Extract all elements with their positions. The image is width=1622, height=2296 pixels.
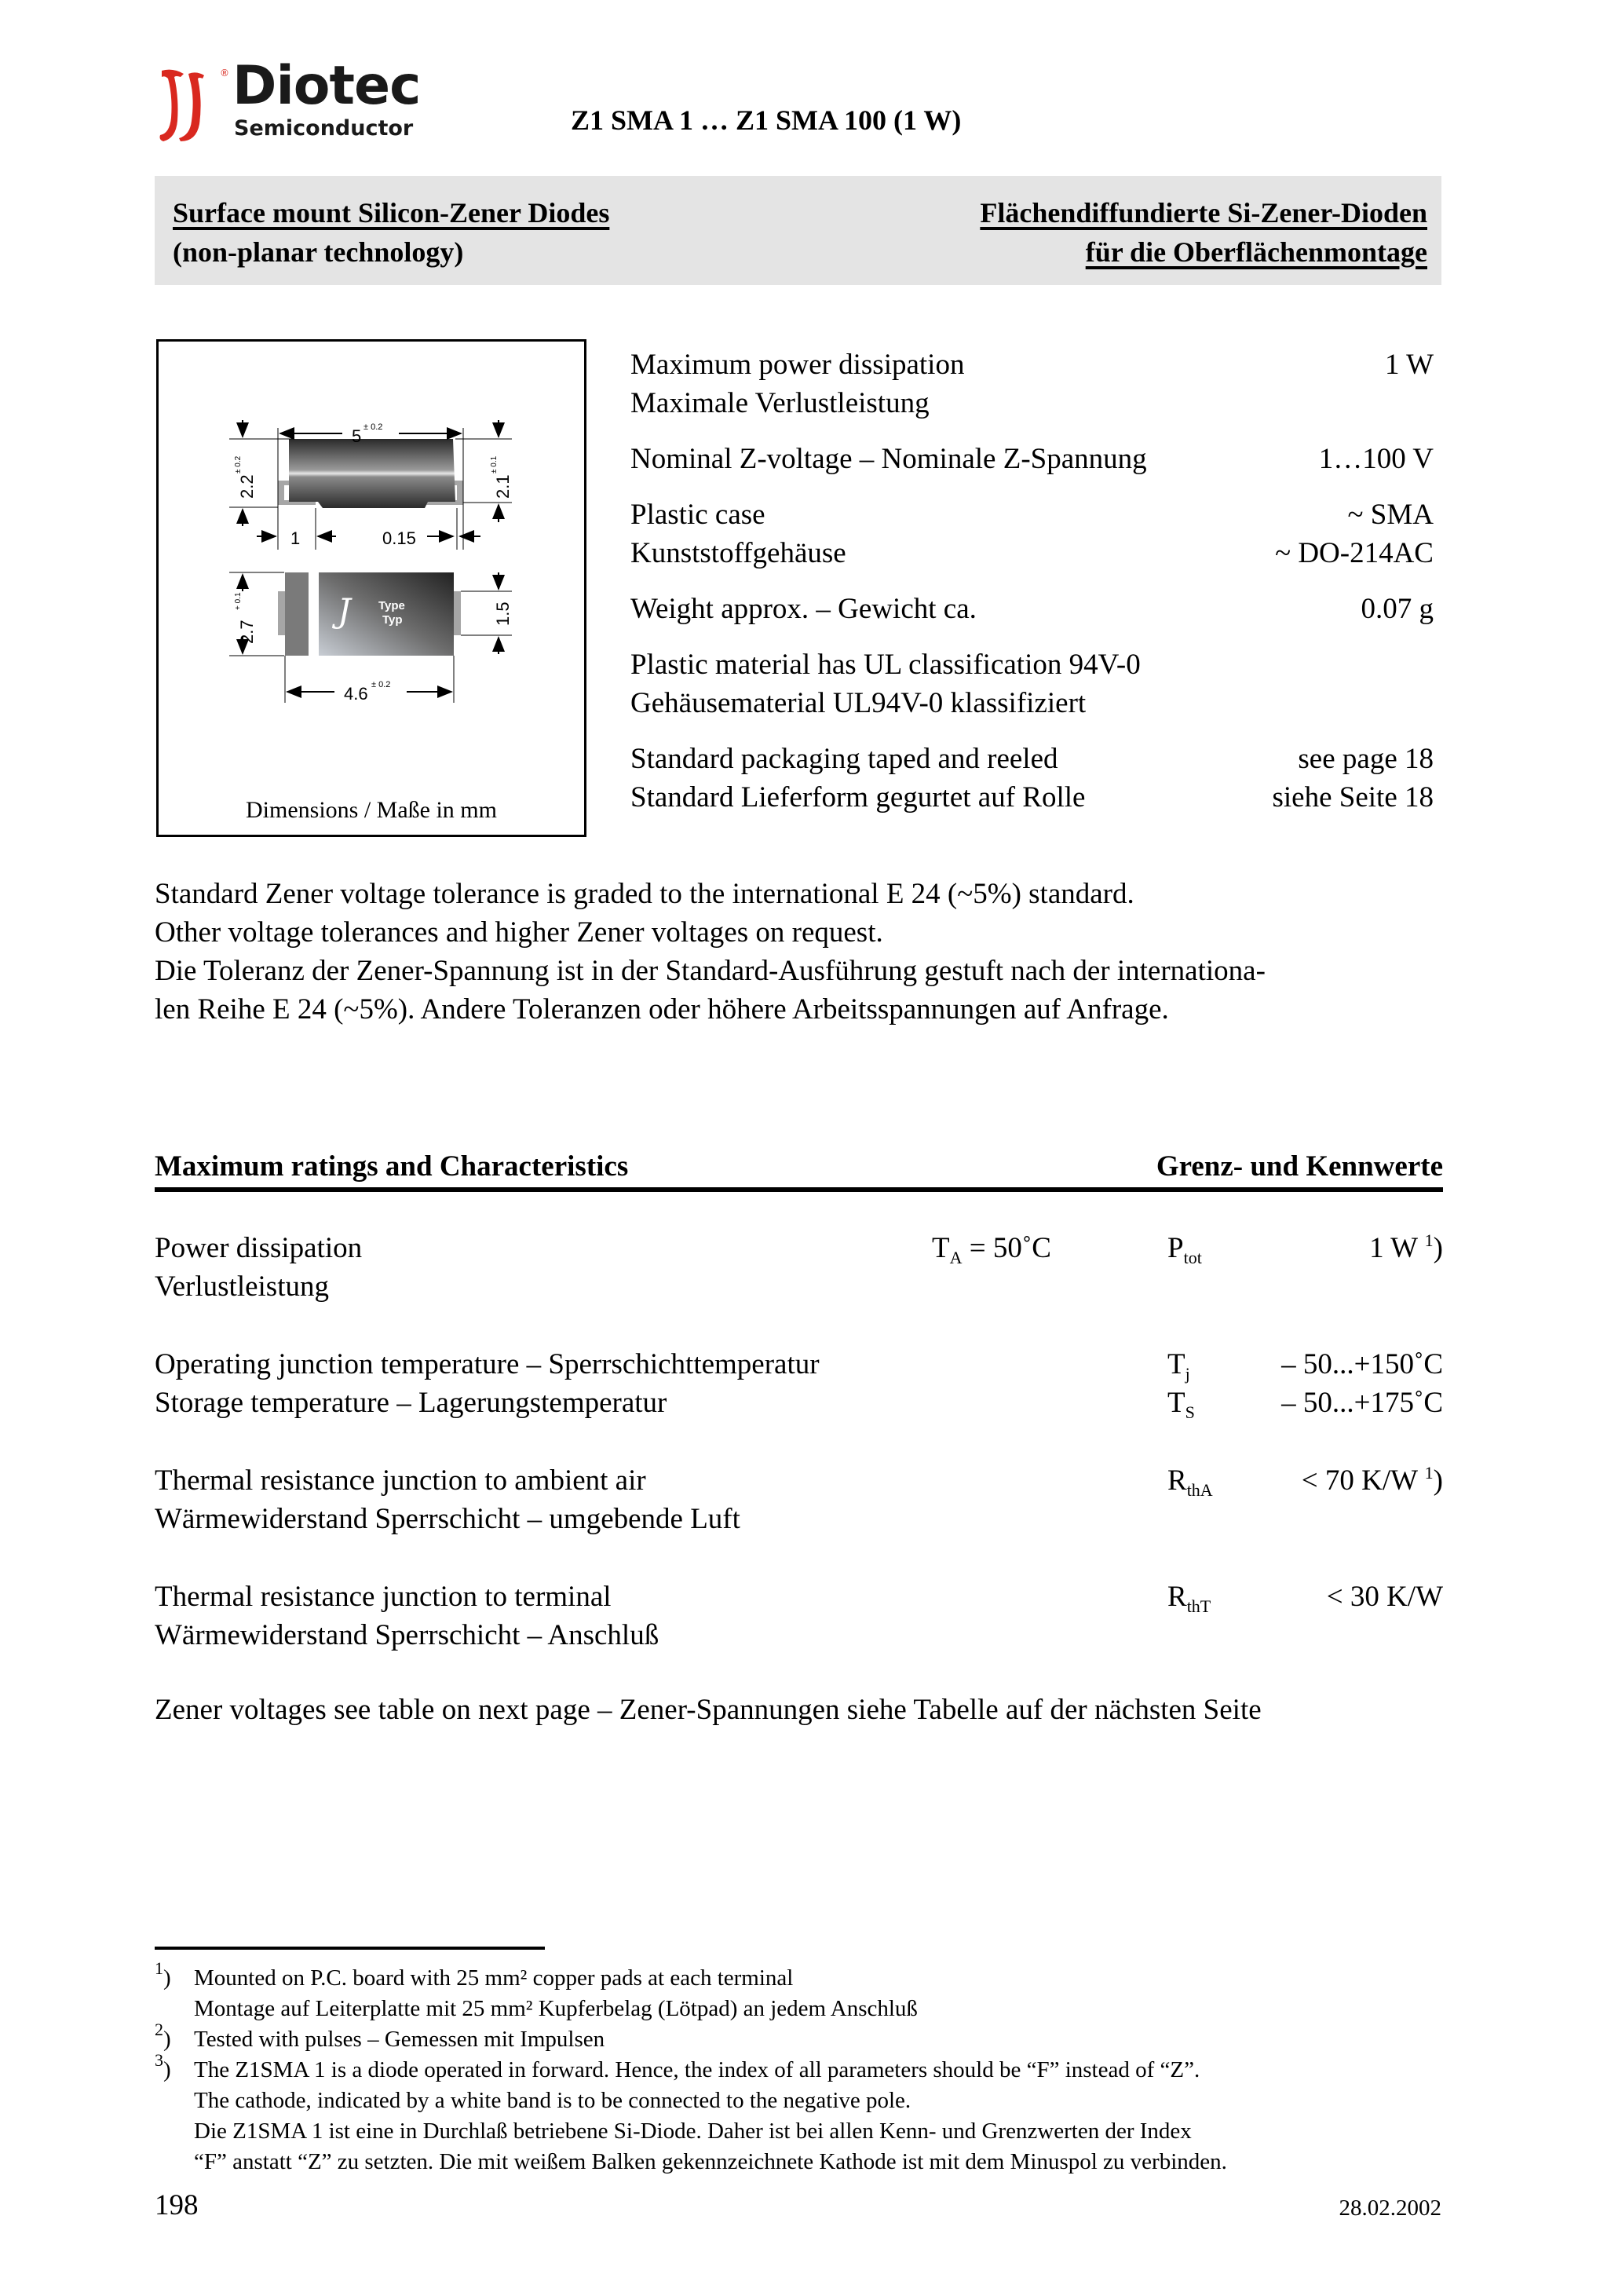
footnote-line: The cathode, indicated by a white band i… [194, 2086, 1227, 2116]
rating-row: Operating junction temperature – Sperrsc… [155, 1345, 1443, 1384]
rating-row: Storage temperature – Lagerungstemperatu… [155, 1384, 1443, 1422]
rating-value: – 50...+175˚C [1281, 1384, 1443, 1422]
dim-length: 5 [352, 426, 361, 446]
product-description-band: Surface mount Silicon-Zener Diodes (non-… [155, 176, 1441, 285]
footnote-mark: 1) [155, 1963, 194, 2024]
rating-value: < 30 K/W [1327, 1578, 1443, 1616]
spec-item: Maximum power dissipation1 WMaximale Ver… [630, 345, 1434, 422]
diotec-logo: ® Diotec Semiconductor [157, 66, 440, 144]
spec-value: 1…100 V [1319, 440, 1434, 478]
paragraph-line: Standard Zener voltage tolerance is grad… [155, 875, 1458, 913]
diotec-logo-icon [157, 66, 220, 144]
rating-label-german: Verlustleistung [155, 1267, 1443, 1306]
footnote-line: Mounted on P.C. board with 25 mm² copper… [194, 1963, 918, 1994]
spec-value: ~ SMA [1348, 495, 1434, 534]
footnote: 3)The Z1SMA 1 is a diode operated in for… [155, 2055, 1458, 2177]
document-title: Z1 SMA 1 … Z1 SMA 100 (1 W) [571, 104, 961, 137]
footnote-divider [155, 1947, 545, 1950]
package-outline-diagram: 5 ± 0.2 2.2 ± 0.2 2.1 ± 0.1 1 0.15 J Typ… [159, 342, 584, 835]
spec-item: Plastic case~ SMAKunststoffgehäuse~ DO-2… [630, 495, 1434, 572]
rating-symbol: TS [1167, 1384, 1195, 1422]
zener-voltage-note: Zener voltages see table on next page – … [155, 1693, 1262, 1727]
rating-symbol: RthT [1167, 1578, 1211, 1616]
paragraph-line: Die Toleranz der Zener-Spannung ist in d… [155, 952, 1458, 990]
spec-item: Weight approx. – Gewicht ca.0.07 g [630, 590, 1434, 628]
description-english-line: (non-planar technology) [173, 232, 463, 272]
footnote: 1)Mounted on P.C. board with 25 mm² copp… [155, 1963, 1458, 2024]
brand-name: Diotec [232, 60, 420, 113]
dim-length-tol: ± 0.2 [363, 422, 382, 432]
dim-body-length: 4.6 [344, 684, 368, 704]
rating-label: Operating junction temperature – Sperrsc… [155, 1345, 1443, 1384]
spec-row: Nominal Z-voltage – Nominale Z-Spannung1… [630, 440, 1434, 478]
paragraph-line: len Reihe E 24 (~5%). Andere Toleranzen … [155, 990, 1458, 1029]
spec-label: Standard packaging taped and reeled [630, 740, 1058, 778]
spec-row: Gehäusematerial UL94V-0 klassifiziert [630, 684, 1434, 722]
rating-label: Thermal resistance junction to ambient a… [155, 1461, 1443, 1500]
spec-row: Weight approx. – Gewicht ca.0.07 g [630, 590, 1434, 628]
spec-item: Nominal Z-voltage – Nominale Z-Spannung1… [630, 440, 1434, 478]
rating-value: 1 W 1) [1369, 1229, 1443, 1267]
description-english-line: Surface mount Silicon-Zener Diodes [173, 193, 609, 232]
rating-symbol: Tj [1167, 1345, 1190, 1384]
ratings-section-header: Maximum ratings and Characteristics Gren… [155, 1150, 1443, 1192]
footnote-line: “F” anstatt “Z” zu setzten. Die mit weiß… [194, 2147, 1227, 2177]
spec-row: Maximum power dissipation1 W [630, 345, 1434, 384]
dim-pad: 1.5 [493, 601, 513, 626]
spec-label: Plastic material has UL classification 9… [630, 645, 1141, 684]
rating-condition: TA = 50˚C [932, 1229, 1051, 1267]
spec-label: Maximum power dissipation [630, 345, 964, 384]
paragraph-line: Other voltage tolerances and higher Zene… [155, 913, 1458, 952]
dim-width-tol: + 0.1 [234, 592, 243, 610]
footnote-line: Tested with pulses – Gemessen mit Impuls… [194, 2024, 605, 2055]
spec-row: Standard packaging taped and reeledsee p… [630, 740, 1434, 778]
spec-label: Weight approx. – Gewicht ca. [630, 590, 977, 628]
spec-label: Kunststoffgehäuse [630, 534, 846, 572]
document-date: 28.02.2002 [1339, 2195, 1442, 2221]
footnotes: 1)Mounted on P.C. board with 25 mm² copp… [155, 1963, 1458, 2177]
spec-value: see page 18 [1298, 740, 1434, 778]
description-german-line: für die Oberflächenmontage [980, 232, 1427, 272]
spec-item: Plastic material has UL classification 9… [630, 645, 1434, 722]
spec-row: Plastic case~ SMA [630, 495, 1434, 534]
marking-type: Type [378, 599, 405, 612]
page-number: 198 [155, 2188, 199, 2222]
rating-label-german: Wärmewiderstand Sperrschicht – Anschluß [155, 1616, 1443, 1654]
spec-value: siehe Seite 18 [1272, 778, 1434, 817]
footnote-mark: 3) [155, 2055, 194, 2177]
rating-label: Storage temperature – Lagerungstemperatu… [155, 1384, 1443, 1422]
tolerance-paragraph: Standard Zener voltage tolerance is grad… [155, 875, 1458, 1029]
description-german: Flächendiffundierte Si-Zener-Dioden für … [980, 193, 1427, 272]
brand-subtitle: Semiconductor [234, 118, 413, 139]
description-german-line: Flächendiffundierte Si-Zener-Dioden [980, 193, 1427, 232]
dimension-caption: Dimensions / Maße in mm [159, 797, 584, 824]
footnote-line: Die Z1SMA 1 ist eine in Durchlaß betrieb… [194, 2116, 1227, 2147]
spec-row: Kunststoffgehäuse~ DO-214AC [630, 534, 1434, 572]
spec-label: Standard Lieferform gegurtet auf Rolle [630, 778, 1085, 817]
rating-value: – 50...+150˚C [1281, 1345, 1443, 1384]
ratings-title-german: Grenz- und Kennwerte [1156, 1150, 1443, 1183]
marking-typ: Typ [382, 613, 403, 627]
spec-label: Gehäusematerial UL94V-0 klassifiziert [630, 684, 1086, 722]
footnote-line: Montage auf Leiterplatte mit 25 mm² Kupf… [194, 1994, 918, 2024]
dim-height-left: 2.2 [237, 474, 257, 499]
ratings-title-english: Maximum ratings and Characteristics [155, 1150, 628, 1183]
dim-body-length-tol: ± 0.2 [371, 680, 390, 689]
spec-summary: Maximum power dissipation1 WMaximale Ver… [630, 345, 1434, 834]
dim-height-left-tol: ± 0.2 [234, 455, 243, 473]
rating-row: Thermal resistance junction to ambient a… [155, 1461, 1443, 1538]
spec-row: Standard Lieferform gegurtet auf Rollesi… [630, 778, 1434, 817]
rating-label-german: Wärmewiderstand Sperrschicht – umgebende… [155, 1500, 1443, 1538]
rating-row: Power dissipationVerlustleistungTA = 50˚… [155, 1229, 1443, 1306]
spec-row: Plastic material has UL classification 9… [630, 645, 1434, 684]
spec-label: Maximale Verlustleistung [630, 384, 930, 422]
rating-label: Thermal resistance junction to terminal [155, 1578, 1443, 1616]
dim-height-right: 2.1 [493, 474, 513, 499]
description-english: Surface mount Silicon-Zener Diodes (non-… [173, 193, 609, 272]
spec-item: Standard packaging taped and reeledsee p… [630, 740, 1434, 817]
spec-label: Nominal Z-voltage – Nominale Z-Spannung [630, 440, 1147, 478]
rating-symbol: RthA [1167, 1461, 1213, 1500]
dim-lead-thickness: 0.15 [382, 528, 416, 548]
rating-label: Power dissipation [155, 1229, 1443, 1267]
dim-width: 2.7 [237, 620, 257, 644]
footnote-line: The Z1SMA 1 is a diode operated in forwa… [194, 2055, 1227, 2086]
spec-value: ~ DO-214AC [1275, 534, 1434, 572]
dim-lead: 1 [290, 528, 300, 548]
rating-value: < 70 K/W 1) [1302, 1461, 1443, 1500]
spec-value: 1 W [1385, 345, 1434, 384]
rating-symbol: Ptot [1167, 1229, 1202, 1267]
dimension-drawing: 5 ± 0.2 2.2 ± 0.2 2.1 ± 0.1 1 0.15 J Typ… [156, 339, 586, 837]
spec-label: Plastic case [630, 495, 765, 534]
rating-row: Thermal resistance junction to terminalW… [155, 1578, 1443, 1654]
spec-row: Maximale Verlustleistung [630, 384, 1434, 422]
spec-value: 0.07 g [1361, 590, 1434, 628]
registered-mark: ® [220, 68, 229, 79]
footnote: 2)Tested with pulses – Gemessen mit Impu… [155, 2024, 1458, 2055]
dim-height-right-tol: ± 0.1 [490, 455, 499, 473]
